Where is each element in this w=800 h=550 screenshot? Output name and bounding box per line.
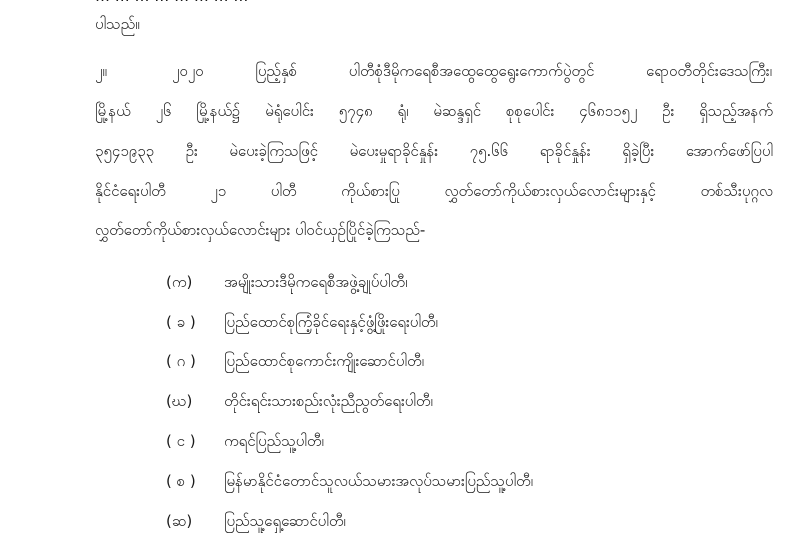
paragraph-line: မြို့နယ် ၂၆ မြို့နယ်၌ မဲရုံပေါင်း ၅၇၄၈ ရ… <box>95 101 773 121</box>
paragraph-line: လွှတ်တော်ကိုယ်စားလှယ်လောင်းများ ပါဝင်ယှဉ… <box>95 220 425 240</box>
paragraph-line: နိုင်ငံရေးပါတီ ၂၁ ပါတီ ကိုယ်စားပြု လွှတ်… <box>95 181 773 201</box>
document-page: … … … … … … … … ပါသည်။ ၂။ ၂၀၂၀ ပြည့်နှစ်… <box>0 0 800 550</box>
party-name: ပြည်ထောင်စုကောင်းကျိုးဆောင်ပါတီ၊ <box>224 351 424 371</box>
list-marker: (က) <box>166 272 192 292</box>
list-marker: (ဃ) <box>166 391 192 411</box>
party-name: မြန်မာနိုင်ငံတောင်သူလယ်သမားအလုပ်သမားပြည်… <box>224 471 533 491</box>
party-name: ပြည်သူ့ရှေ့ဆောင်ပါတီ၊ <box>224 511 346 531</box>
party-name: ပြည်ထောင်စုကြံ့ခိုင်ရေးနှင့်ဖွံ့ဖြိုးရေး… <box>224 312 438 332</box>
list-marker: ( ဂ ) <box>166 351 196 371</box>
paragraph-line: ၃၅၄၁၉၃၃ ဦး မဲပေးခဲ့ကြသဖြင့် မဲပေးမှုရာခိ… <box>95 141 773 161</box>
paragraph-number: ၂။ <box>95 61 107 81</box>
list-marker: ( င ) <box>166 431 196 451</box>
party-name: တိုင်းရင်းသားစည်းလုံးညီညွတ်ရေးပါတီ၊ <box>224 391 433 411</box>
list-marker: (ဆ) <box>166 511 192 531</box>
cut-off-text-line: … … … … … … … … <box>95 0 785 6</box>
paragraph-line: ၂၀၂၀ ပြည့်နှစ် ပါတီစုံဒီမိုကရေစီအထွေထွေရ… <box>172 61 772 81</box>
intro-paragraph-end: ပါသည်။ <box>95 14 140 34</box>
party-name: ကရင်ပြည်သူ့ပါတီ၊ <box>224 431 324 451</box>
party-name: အမျိုးသားဒီမိုကရေစီအဖွဲ့ချုပ်ပါတီ၊ <box>224 272 407 292</box>
list-marker: ( စ ) <box>166 471 196 491</box>
list-marker: ( ခ ) <box>166 312 196 332</box>
